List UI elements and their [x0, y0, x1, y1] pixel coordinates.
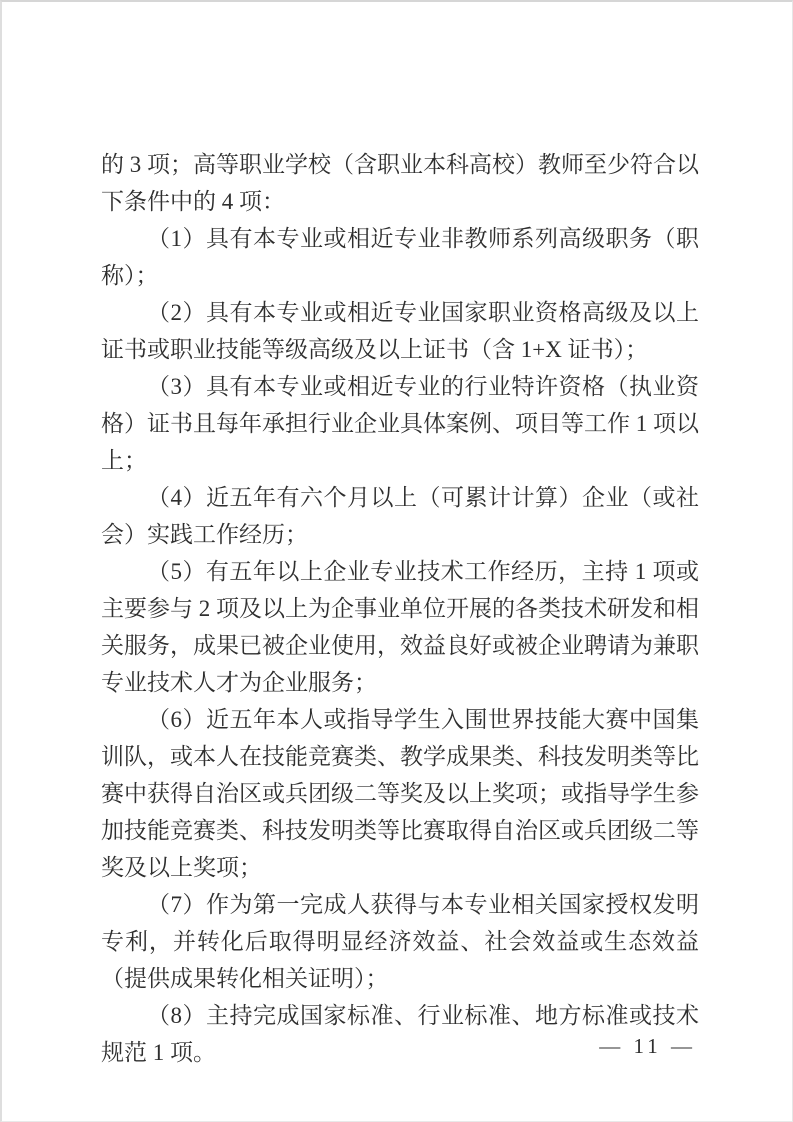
- paragraph-item-3: （3）具有本专业或相近专业的行业特许资格（执业资格）证书且每年承担行业企业具体案…: [101, 368, 699, 479]
- paragraph-item-5: （5）有五年以上企业专业技术工作经历，主持 1 项或主要参与 2 项及以上为企事…: [101, 553, 699, 701]
- document-page: 的 3 项；高等职业学校（含职业本科高校）教师至少符合以下条件中的 4 项： （…: [0, 0, 793, 1122]
- paragraph-item-2: （2）具有本专业或相近专业国家职业资格高级及以上证书或职业技能等级高级及以上证书…: [101, 294, 699, 368]
- paragraph-item-1: （1）具有本专业或相近专业非教师系列高级职务（职称）；: [101, 220, 699, 294]
- paragraph-item-7: （7）作为第一完成人获得与本专业相关国家授权发明专利，并转化后取得明显经济效益、…: [101, 886, 699, 997]
- paragraph-item-4: （4）近五年有六个月以上（可累计计算）企业（或社会）实践工作经历；: [101, 479, 699, 553]
- page-number: — 11 —: [599, 1034, 696, 1059]
- paragraph-item-6: （6）近五年本人或指导学生入围世界技能大赛中国集训队，或本人在技能竞赛类、教学成…: [101, 701, 699, 886]
- paragraph-intro: 的 3 项；高等职业学校（含职业本科高校）教师至少符合以下条件中的 4 项：: [101, 146, 699, 220]
- document-body: 的 3 项；高等职业学校（含职业本科高校）教师至少符合以下条件中的 4 项： （…: [101, 146, 699, 1071]
